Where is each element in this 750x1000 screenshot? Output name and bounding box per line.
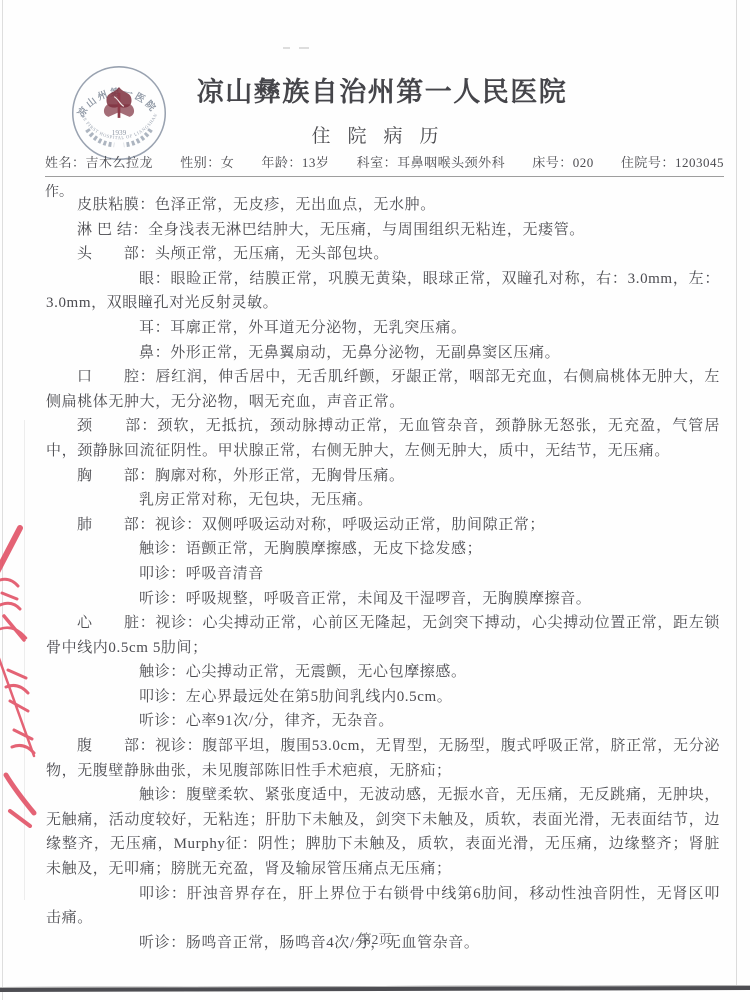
exam-line: 听诊：呼吸规整，呼吸音正常，未闻及干湿啰音，无胸膜摩擦音。 [46, 587, 720, 612]
scan-speck [283, 47, 290, 49]
patient-field: 姓名：吉木么拉龙 [45, 152, 153, 171]
patient-field-label: 年龄： [261, 155, 302, 170]
hospital-name: 凉山彝族自治州第一人民医院 [0, 70, 750, 109]
patient-field: 床号：020 [532, 152, 594, 171]
exam-line: 头 部：头颅正常，无压痛，无头部包块。 [46, 242, 720, 267]
patient-field-value: 13岁 [302, 155, 330, 170]
patient-field: 年龄：13岁 [261, 152, 329, 171]
exam-line: 淋 巴 结：全身浅表无淋巴结肿大，无压痛，与周围组织无粘连，无瘘管。 [46, 218, 720, 243]
exam-line: 心 脏：视诊：心尖搏动正常，心前区无隆起，无剑突下搏动，心尖搏动位置正常，距左锁… [46, 611, 720, 660]
patient-field-label: 姓名： [45, 155, 86, 170]
patient-field-label: 床号： [532, 155, 573, 170]
exam-line: 乳房正常对称，无包块，无压痛。 [46, 488, 720, 513]
exam-line: 触诊：腹壁柔软、紧张度适中，无波动感，无振水音，无压痛，无反跳痛，无肿块，无触痛… [46, 783, 720, 881]
exam-line: 叩诊：肝浊音界存在，肝上界位于右锁骨中线第6肋间，移动性浊音阴性，无肾区叩击痛。 [46, 882, 720, 931]
patient-field-value: 1203045 [675, 155, 724, 170]
exam-body: 皮肤粘膜：色泽正常，无皮疹，无出血点，无水肿。淋 巴 结：全身浅表无淋巴结肿大，… [46, 193, 720, 955]
exam-line: 耳：耳廓正常，外耳道无分泌物，无乳突压痛。 [46, 316, 720, 341]
page-right-edge [736, 0, 737, 988]
document-title: 住院病历 [0, 121, 750, 148]
patient-field-label: 科室： [357, 155, 398, 170]
exam-line: 胸 部：胸廓对称，外形正常，无胸骨压痛。 [46, 464, 720, 489]
patient-field: 性别：女 [180, 152, 234, 171]
page-left-edge [2, 0, 3, 1000]
red-ink-stamp [0, 520, 44, 832]
exam-line: 鼻：外形正常，无鼻翼扇动，无鼻分泌物，无副鼻窦区压痛。 [46, 341, 720, 366]
exam-line: 肺 部：视诊：双侧呼吸运动对称，呼吸运动正常，肋间隙正常； [46, 513, 720, 538]
exam-line: 颈 部：颈软，无抵抗，颈动脉搏动正常，无血管杂音，颈静脉无怒张，无充盈，气管居中… [46, 414, 720, 463]
patient-field-value: 吉木么拉龙 [86, 155, 154, 170]
exam-line: 触诊：语颤正常，无胸膜摩擦感，无皮下捻发感； [46, 537, 720, 562]
patient-field-value: 耳鼻咽喉头颈外科 [397, 155, 505, 170]
patient-field: 科室：耳鼻咽喉头颈外科 [357, 152, 506, 171]
medical-record-page: 凉山州第一医院 1939 THE FIRST HOSPITAL OF LIANG… [0, 0, 750, 1000]
exam-line: 叩诊：左心界最远处在第5肋间乳线内0.5cm。 [46, 685, 720, 710]
scan-speck [299, 47, 309, 49]
exam-line: 腹 部：视诊：腹部平坦，腹围53.0cm，无胃型，无肠型，腹式呼吸正常，脐正常，… [46, 734, 720, 783]
patient-info-row: 姓名：吉木么拉龙性别：女年龄：13岁科室：耳鼻咽喉头颈外科床号：020住院号：1… [45, 152, 724, 177]
exam-line: 听诊：心率91次/分，律齐，无杂音。 [46, 709, 720, 734]
exam-line: 眼：眼睑正常，结膜正常，巩膜无黄染，眼球正常，双瞳孔对称，右：3.0mm，左：3… [46, 267, 720, 316]
exam-line: 口 腔：唇红润，伸舌居中，无舌肌纤颤，牙龈正常，咽部无充血，右侧扁桃体无肿大，左… [46, 365, 720, 414]
page-number: 第2页 [0, 928, 750, 948]
patient-field-label: 住院号： [621, 155, 675, 170]
patient-field: 住院号：1203045 [621, 152, 724, 171]
patient-field-value: 女 [221, 155, 235, 170]
patient-field-value: 020 [573, 155, 594, 170]
exam-line: 触诊：心尖搏动正常，无震颤，无心包摩擦感。 [46, 660, 720, 685]
page-bottom-edge [0, 985, 750, 992]
exam-line: 叩诊：呼吸音清音 [46, 562, 720, 587]
exam-line: 皮肤粘膜：色泽正常，无皮疹，无出血点，无水肿。 [46, 193, 720, 218]
patient-field-label: 性别： [180, 155, 221, 170]
